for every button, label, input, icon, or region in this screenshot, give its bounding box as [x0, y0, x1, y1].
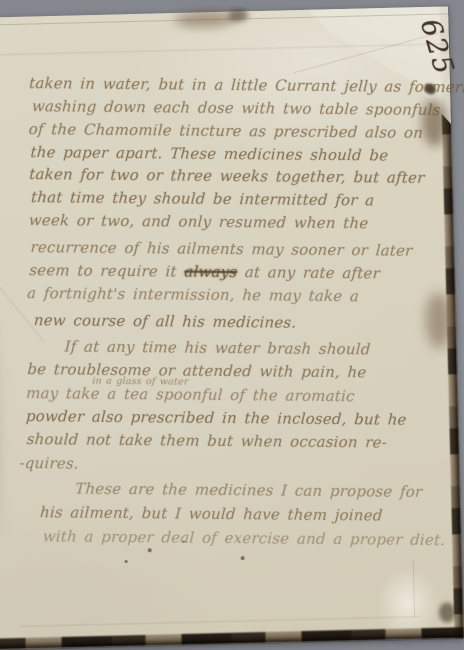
ink-dot [148, 548, 152, 552]
handwriting-line: These are the medicines I can propose fo… [75, 480, 423, 501]
handwriting-line: -quires. [19, 454, 79, 473]
handwriting-line: taken in water, but in a little Currant … [29, 74, 464, 96]
line-text-after: at any rate after [237, 263, 381, 282]
handwriting-line: with a proper deal of exercise and a pro… [42, 527, 446, 549]
handwriting-line: powder also prescribed in the inclosed, … [25, 407, 407, 429]
handwriting-line: of the Chamomile tincture as prescribed … [28, 120, 423, 142]
photographed-manuscript: 625 taken in water, but in a little Curr… [0, 0, 464, 650]
ink-dot [183, 541, 185, 543]
handwriting-line: If at any time his water brash should [64, 337, 371, 358]
struck-out-word: always [184, 263, 238, 281]
handwriting-line-with-deletion: seem to require it always at any rate af… [29, 261, 381, 282]
handwriting-line: may take a tea spoonful of the aromatic [26, 384, 356, 405]
handwriting-line: should not take them but when occasion r… [26, 430, 387, 451]
handwriting-line: taken for two or three weeks together, b… [29, 165, 425, 187]
handwriting-line: recurrence of his ailments may sooner or… [30, 238, 413, 260]
handwriting-line: his ailment, but I would have them joine… [40, 503, 384, 524]
handwritten-text-block: taken in water, but in a little Currant … [0, 0, 464, 650]
handwriting-line: be troublesome or attended with pain, he [27, 360, 367, 381]
ink-dot [241, 556, 245, 560]
handwriting-line: new course of all his medicines. [33, 311, 297, 332]
handwriting-line: the paper apart. These medicines should … [30, 143, 389, 164]
handwriting-line: washing down each dose with two table sp… [31, 97, 441, 119]
handwriting-line: that time they should be intermitted for… [31, 188, 375, 209]
ink-dot [125, 560, 128, 563]
handwriting-line: week or two, and only resumed when the [28, 211, 369, 232]
handwriting-line: a fortnight's intermission, he may take … [27, 284, 360, 305]
line-text-before: seem to require it [29, 261, 185, 280]
